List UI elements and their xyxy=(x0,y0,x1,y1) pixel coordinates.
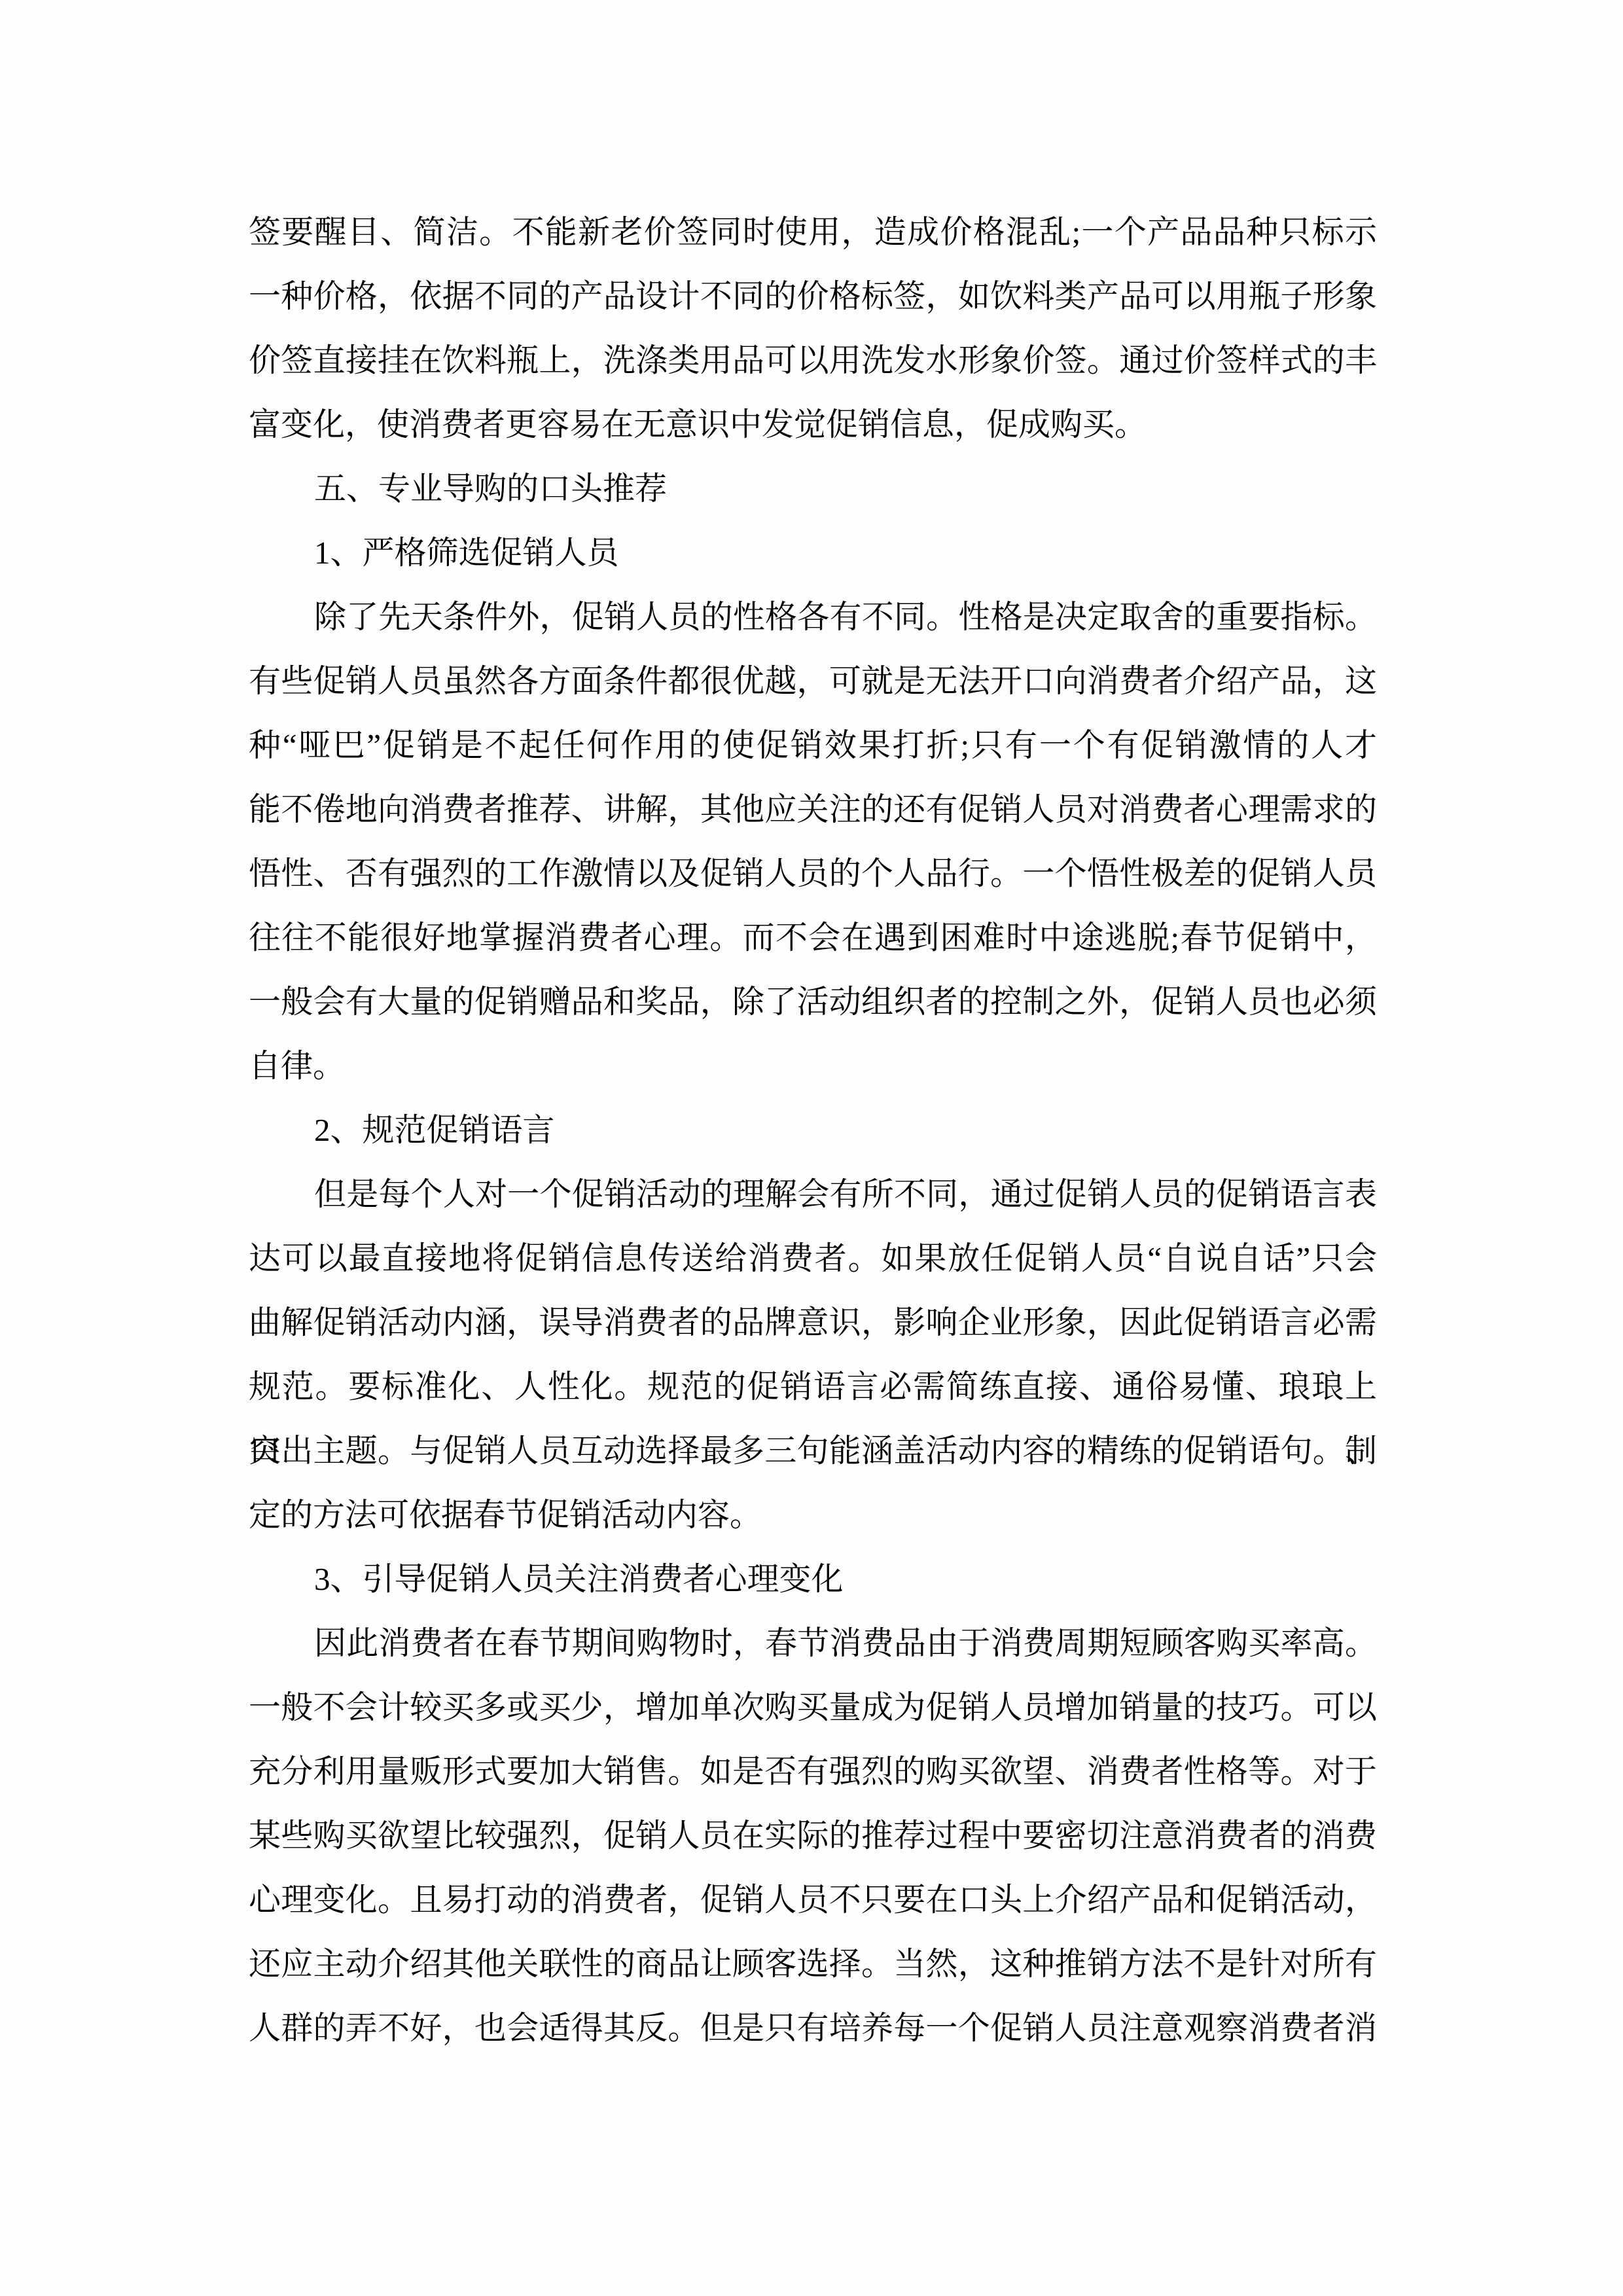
text-line: 签要醒目、简洁。不能新老价签同时使用，造成价格混乱;一个产品品种只标示 xyxy=(249,200,1377,264)
section-heading: 五、专业导购的口头推荐 xyxy=(249,457,1377,521)
document-page: 签要醒目、简洁。不能新老价签同时使用，造成价格混乱;一个产品品种只标示 一种价格… xyxy=(0,0,1623,2296)
text-line: 价签直接挂在饮料瓶上，洗涤类用品可以用洗发水形象价签。通过价签样式的丰 xyxy=(249,329,1377,393)
text-line: 还应主动介绍其他关联性的商品让顾客选择。当然，这种推销方法不是针对所有 xyxy=(249,1932,1377,1996)
text-line: 一般会有大量的促销赠品和奖品，除了活动组织者的控制之外，促销人员也必须 xyxy=(249,970,1377,1034)
subsection-heading: 2、规范促销语言 xyxy=(249,1098,1377,1162)
text-line: 某些购买欲望比较强烈，促销人员在实际的推荐过程中要密切注意消费者的消费 xyxy=(249,1804,1377,1868)
text-line: 有些促销人员虽然各方面条件都很优越，可就是无法开口向消费者介绍产品，这 xyxy=(249,649,1377,713)
text-line: 富变化，使消费者更容易在无意识中发觉促销信息，促成购买。 xyxy=(249,393,1377,457)
subsection-heading: 1、严格筛选促销人员 xyxy=(249,521,1377,585)
text-line: 人群的弄不好，也会适得其反。但是只有培养每一个促销人员注意观察消费者消 xyxy=(249,1996,1377,2060)
text-line: 能不倦地向消费者推荐、讲解，其他应关注的还有促销人员对消费者心理需求的 xyxy=(249,778,1377,842)
text-line: 种“哑巴”促销是不起任何作用的使促销效果打折;只有一个有促销激情的人才 xyxy=(249,713,1377,778)
text-line: 规范。要标准化、人性化。规范的促销语言必需简练直接、通俗易懂、琅琅上口、 xyxy=(249,1355,1377,1419)
text-line: 一般不会计较买多或买少，增加单次购买量成为促销人员增加销量的技巧。可以 xyxy=(249,1676,1377,1740)
text-line: 但是每个人对一个促销活动的理解会有所不同，通过促销人员的促销语言表 xyxy=(249,1162,1377,1227)
subsection-heading: 3、引导促销人员关注消费者心理变化 xyxy=(249,1547,1377,1611)
text-line: 悟性、否有强烈的工作激情以及促销人员的个人品行。一个悟性极差的促销人员 xyxy=(249,842,1377,906)
document-body: 签要醒目、简洁。不能新老价签同时使用，造成价格混乱;一个产品品种只标示 一种价格… xyxy=(249,200,1377,2060)
text-line: 达可以最直接地将促销信息传送给消费者。如果放任促销人员“自说自话”只会 xyxy=(249,1227,1377,1291)
text-line: 往往不能很好地掌握消费者心理。而不会在遇到困难时中途逃脱;春节促销中， xyxy=(249,906,1377,970)
text-line: 因此消费者在春节期间购物时，春节消费品由于消费周期短顾客购买率高。 xyxy=(249,1611,1377,1676)
text-line: 自律。 xyxy=(249,1034,1377,1098)
text-line: 定的方法可依据春节促销活动内容。 xyxy=(249,1483,1377,1547)
text-line: 除了先天条件外，促销人员的性格各有不同。性格是决定取舍的重要指标。 xyxy=(249,585,1377,649)
text-line: 突出主题。与促销人员互动选择最多三句能涵盖活动内容的精练的促销语句。制 xyxy=(249,1419,1377,1483)
text-line: 充分利用量贩形式要加大销售。如是否有强烈的购买欲望、消费者性格等。对于 xyxy=(249,1740,1377,1804)
text-line: 心理变化。且易打动的消费者，促销人员不只要在口头上介绍产品和促销活动， xyxy=(249,1868,1377,1932)
text-line: 曲解促销活动内涵，误导消费者的品牌意识，影响企业形象，因此促销语言必需 xyxy=(249,1291,1377,1355)
text-line: 一种价格，依据不同的产品设计不同的价格标签，如饮料类产品可以用瓶子形象 xyxy=(249,264,1377,329)
